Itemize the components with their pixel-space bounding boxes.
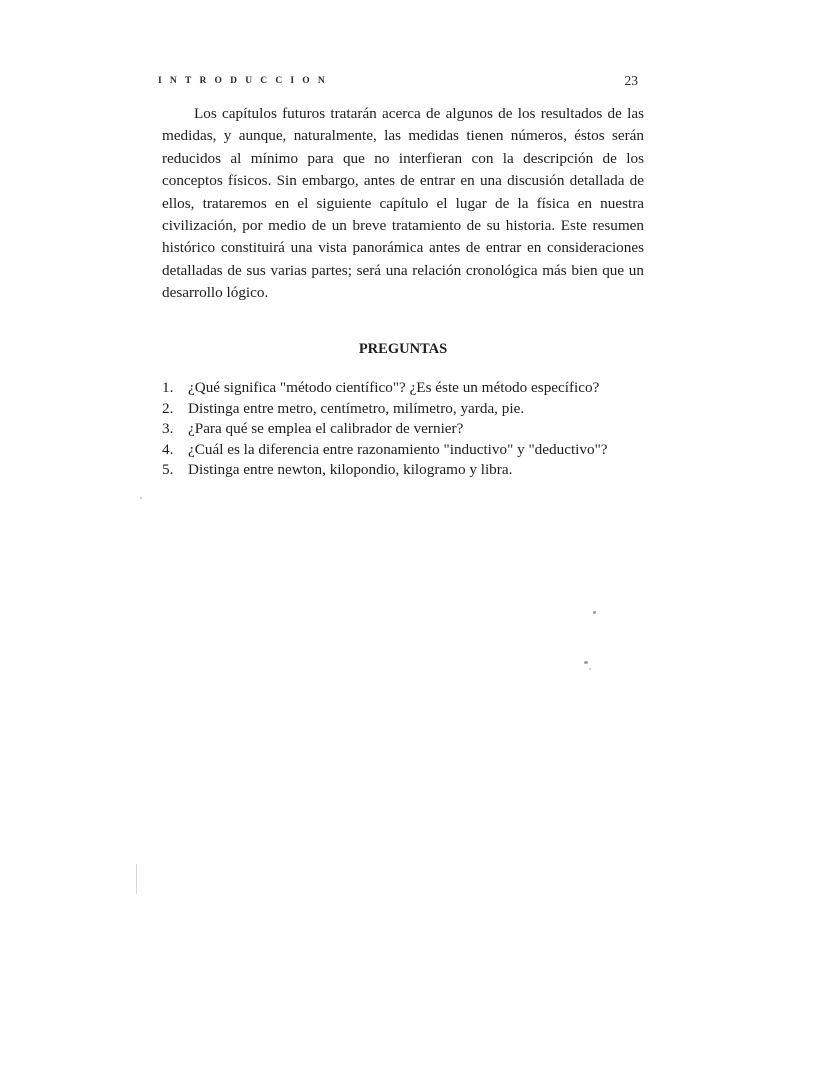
scan-speck [589, 668, 591, 670]
body-paragraph: Los capítulos futuros tratarán acerca de… [162, 103, 644, 305]
questions-list: 1. ¿Qué significa "método científico"? ¿… [162, 378, 644, 481]
scan-speck [593, 611, 596, 614]
scan-speck [140, 497, 142, 499]
question-number: 5. [162, 460, 173, 481]
book-page: INTRODUCCION 23 Los capítulos futuros tr… [0, 0, 828, 1071]
question-number: 3. [162, 419, 173, 440]
question-number: 1. [162, 378, 173, 399]
question-text: Distinga entre metro, centímetro, milíme… [188, 400, 524, 417]
question-text: ¿Para qué se emplea el calibrador de ver… [188, 420, 463, 437]
scan-speck [136, 864, 137, 894]
question-text: Distinga entre newton, kilopondio, kilog… [188, 461, 512, 478]
question-item: 1. ¿Qué significa "método científico"? ¿… [162, 378, 644, 399]
question-item: 2. Distinga entre metro, centímetro, mil… [162, 399, 644, 420]
scan-speck [584, 661, 588, 664]
question-item: 3. ¿Para qué se emplea el calibrador de … [162, 419, 644, 440]
question-item: 5. Distinga entre newton, kilopondio, ki… [162, 460, 644, 481]
question-text: ¿Qué significa "método científico"? ¿Es … [188, 379, 599, 396]
question-text: ¿Cuál es la diferencia entre razonamient… [188, 441, 608, 458]
section-heading-preguntas: PREGUNTAS [162, 341, 644, 358]
running-head: INTRODUCCION 23 [158, 73, 638, 91]
running-title: INTRODUCCION [158, 76, 333, 86]
question-item: 4. ¿Cuál es la diferencia entre razonami… [162, 440, 644, 461]
question-number: 4. [162, 440, 173, 461]
question-number: 2. [162, 399, 173, 420]
page-number: 23 [625, 73, 639, 89]
